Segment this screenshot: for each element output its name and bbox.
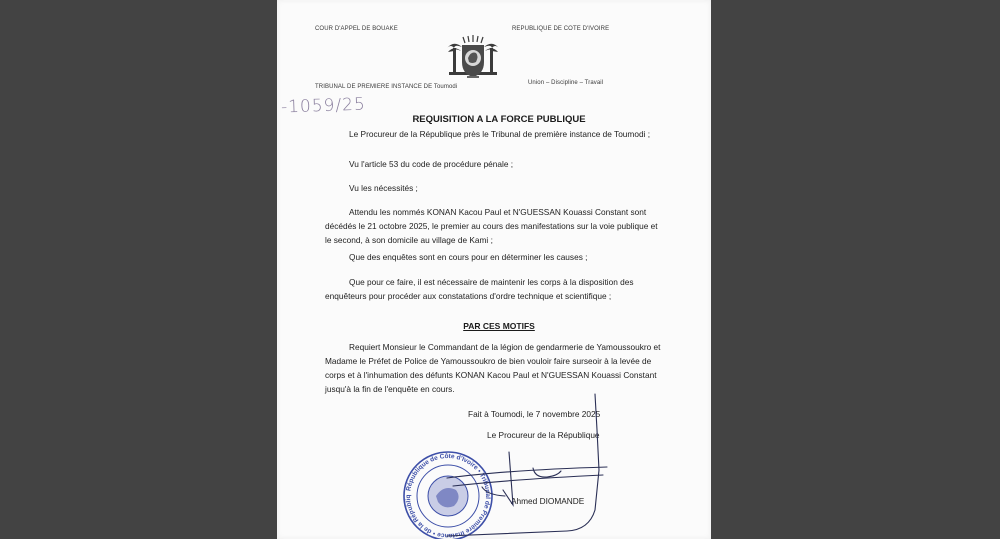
place-date: Fait à Toumodi, le 7 novembre 2025 bbox=[468, 409, 600, 419]
paragraph-enquetes: Que des enquêtes sont en cours pour en d… bbox=[325, 250, 665, 264]
paragraph-necessites: Vu les nécessités ; bbox=[325, 181, 665, 195]
document-title: REQUISITION A LA FORCE PUBLIQUE bbox=[277, 114, 711, 125]
paragraph-maintien: Que pour ce faire, il est nécessaire de … bbox=[325, 275, 665, 303]
paragraph-attendu: Attendu les nommés KONAN Kacou Paul et N… bbox=[325, 205, 665, 247]
coat-of-arms-icon bbox=[445, 34, 501, 80]
republic-header: REPUBLIQUE DE COTE D'IVOIRE bbox=[512, 26, 609, 32]
national-motto: Union – Discipline – Travail bbox=[528, 80, 603, 86]
motifs-heading: PAR CES MOTIFS bbox=[277, 321, 711, 331]
paragraph-article: Vu l'article 53 du code de procédure pén… bbox=[325, 157, 665, 171]
signatory-name: Ahmed DIOMANDE bbox=[511, 496, 584, 506]
official-stamp-icon: République de Côte d'Ivoire • Tribunal d… bbox=[400, 448, 496, 539]
paragraph-requisition: Requiert Monsieur le Commandant de la lé… bbox=[325, 340, 665, 396]
signatory-title: Le Procureur de la République bbox=[487, 430, 600, 440]
paragraph-procureur: Le Procureur de la République près le Tr… bbox=[325, 127, 665, 141]
document-page: COUR D'APPEL DE BOUAKE REPUBLIQUE DE COT… bbox=[277, 0, 711, 539]
tribunal-header: TRIBUNAL DE PREMIERE INSTANCE DE Toumodi bbox=[315, 84, 457, 90]
court-of-appeal-header: COUR D'APPEL DE BOUAKE bbox=[315, 26, 398, 32]
